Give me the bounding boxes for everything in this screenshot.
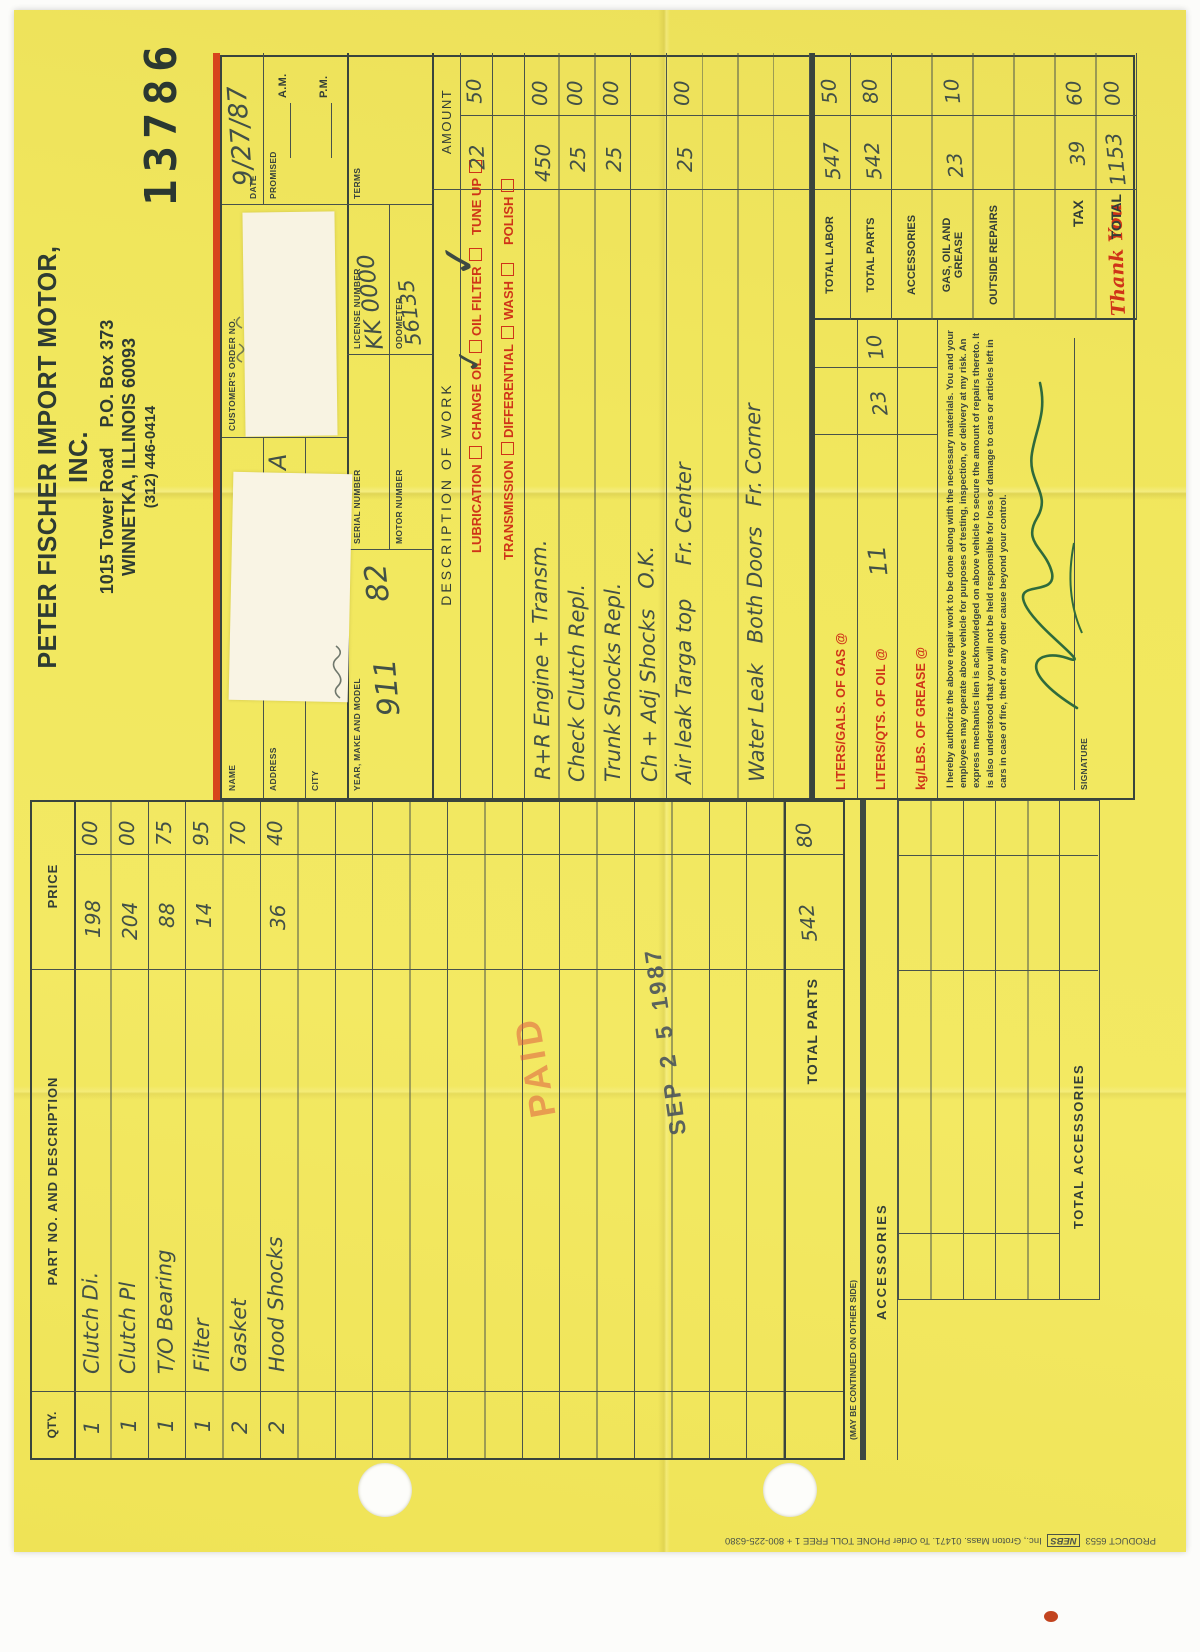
svc-tune-up: TUNE UP <box>469 160 484 235</box>
part-price-d: 204 <box>118 902 142 940</box>
part-desc: Gasket <box>227 1299 251 1372</box>
part-qty: 1 <box>80 1421 104 1434</box>
nebs-logo: NEBS <box>1047 1534 1079 1547</box>
work-line-desc: Water Leak Both Doors Fr. Corner <box>741 403 769 782</box>
date-handwriting: 9/27/87 <box>223 85 260 187</box>
continued-note: (MAY BE CONTINUED ON OTHER SIDE) <box>848 1280 858 1440</box>
vendor-credit-text: Inc., Groton Mass. 01471. To Order PHONE… <box>725 1535 1042 1546</box>
part-qty: 2 <box>228 1421 252 1434</box>
work-line-amount-c: 00 <box>528 81 552 106</box>
total-labor-label: TOTAL LABOR <box>824 192 836 318</box>
letterhead: PETER FISCHER IMPORT MOTOR, INC. 1015 To… <box>32 212 159 702</box>
oil-label: LITERS/QTS. OF OIL @ <box>874 648 888 790</box>
part-price-c: 00 <box>78 821 102 846</box>
oil-qty-handwriting: 11 <box>862 544 893 577</box>
part-price-c: 70 <box>226 821 250 846</box>
part-qty: 1 <box>154 1419 178 1432</box>
part-price-c: 95 <box>189 821 213 846</box>
work-line-amount-d: 25 <box>566 147 590 172</box>
work-title: DESCRIPTION OF WORK <box>438 190 454 798</box>
grease-label: kg/LBS. OF GREASE @ <box>914 647 928 790</box>
outside-repairs-label: OUTSIDE REPAIRS <box>988 192 1000 318</box>
company-name: PETER FISCHER IMPORT MOTOR, INC. <box>32 222 94 692</box>
parts-total-c: 80 <box>791 821 818 849</box>
handwriting-peek-city <box>330 632 346 702</box>
tax-label: TAX <box>1072 200 1084 318</box>
svc-transmission: TRANSMISSION <box>501 442 516 560</box>
punch-hole <box>358 1463 412 1517</box>
work-line-desc: Trunk Shocks Repl. <box>601 583 625 782</box>
part-qty: 1 <box>191 1419 215 1432</box>
gas-label: LITERS/GALS. OF GAS @ <box>834 633 848 790</box>
total-parts-c: 80 <box>857 78 883 105</box>
accessories-band: ACCESSORIES <box>866 800 898 1460</box>
work-line-desc: Ch + Adj Shocks O.K. <box>634 546 662 782</box>
company-city: WINNETKA, ILLINOIS 60093 <box>119 212 140 702</box>
differential-checkbox <box>501 326 514 339</box>
promised-label: PROMISED <box>268 151 278 199</box>
terms-label: TERMS <box>352 168 362 199</box>
accessories-total-label: ACCESSORIES <box>906 192 918 318</box>
city-label: CITY <box>310 770 320 791</box>
total-labor-d: 547 <box>819 141 846 181</box>
svc-differential: DIFFERENTIAL <box>501 326 516 438</box>
qty-header: QTY. <box>45 1392 59 1458</box>
product-number: PRODUCT 6553 <box>1085 1535 1156 1546</box>
handwriting-peek-order <box>230 278 246 368</box>
grand-total-label: TOTAL <box>1110 194 1122 278</box>
gas-oil-grease-label: GAS, OIL AND GREASE <box>941 200 965 310</box>
parts-total-d: 542 <box>794 903 822 943</box>
red-top-rule <box>213 53 220 800</box>
part-qty: 2 <box>265 1421 289 1434</box>
lubrication-checkbox <box>469 446 482 459</box>
year-handwriting: 82 <box>358 562 397 604</box>
svc-wash: WASH <box>501 263 516 320</box>
price-header: PRICE <box>45 802 60 970</box>
accessories-header: ACCESSORIES <box>874 1203 889 1320</box>
part-qty: 1 <box>117 1419 141 1432</box>
work-line-amount-d: 25 <box>602 147 626 172</box>
company-phone: (312) 446-0414 <box>142 212 159 702</box>
part-price-d: 14 <box>192 903 216 928</box>
work-line-amount-c: 00 <box>670 81 694 106</box>
part-desc: Clutch Pl <box>116 1282 140 1374</box>
transmission-checkbox <box>501 442 514 455</box>
work-line-desc: R+R Engine + Transm. <box>527 539 555 780</box>
company-address: 1015 Tower Road P.O. Box 373 <box>97 212 118 702</box>
work-line-desc: Check Clutch Repl. <box>565 584 589 782</box>
invoice-number: 13786 <box>136 39 187 206</box>
total-labor-c: 50 <box>816 78 842 105</box>
checkmark-oil-filter: ✓ <box>432 239 487 281</box>
work-line-desc: Air leak Targa top Fr. Center <box>672 462 696 784</box>
invoice-paper: PRODUCT 6553 NEBS Inc., Groton Mass. 014… <box>14 10 1186 1552</box>
part-desc: T/O Bearing <box>152 1249 178 1374</box>
work-line-amount-c: 00 <box>563 81 587 106</box>
name-label: NAME <box>227 765 237 791</box>
am-label: A.M. <box>277 74 289 98</box>
part-price-c: 40 <box>263 821 287 846</box>
total-parts-d: 542 <box>859 141 886 181</box>
part-desc: Clutch Di. <box>78 1272 104 1375</box>
scan-artifact-dot <box>1044 1611 1058 1622</box>
svc-polish: POLISH <box>501 179 516 245</box>
part-price-d: 88 <box>155 903 179 928</box>
work-order-panel: NAME ADDRESS CITY CUSTOMER'S ORDER NO. D… <box>220 55 1135 800</box>
total-parts-label: TOTAL PARTS <box>865 192 877 318</box>
oil-amount-dollars: 23 <box>865 389 892 418</box>
signature-handwriting <box>982 358 1092 728</box>
checkmark-change-oil: ✓ <box>448 345 489 377</box>
part-price-c: 75 <box>152 821 176 846</box>
accessories-table <box>898 800 1060 1300</box>
part-price-d: 36 <box>266 905 290 930</box>
part-price-c: 00 <box>115 821 139 846</box>
work-line-amount-d: 25 <box>673 147 697 172</box>
scanned-invoice-screenshot: PRODUCT 6553 NEBS Inc., Groton Mass. 014… <box>0 0 1200 1652</box>
gas-oil-grease-c: 10 <box>939 77 966 105</box>
pm-label: P.M. <box>318 76 330 98</box>
signature-label: SIGNATURE <box>1079 738 1089 790</box>
tax-c: 60 <box>1061 80 1087 107</box>
svc1-amount-dollars: 22 <box>464 144 489 171</box>
total-accessories-label: TOTAL ACCESSORIES <box>1071 1064 1086 1229</box>
ymm-handwriting: 911 <box>368 657 408 717</box>
gas-oil-grease-d: 23 <box>942 151 969 179</box>
total-accessories-row: TOTAL ACCESSORIES <box>1060 800 1100 1300</box>
parts-table: QTY. PART NO. AND DESCRIPTION PRICE 1 Cl… <box>30 800 845 1460</box>
parts-desc-header: PART NO. AND DESCRIPTION <box>45 970 60 1392</box>
punch-hole <box>763 1463 817 1517</box>
grand-total-c: 00 <box>1099 79 1126 107</box>
part-price-d: 198 <box>81 900 105 938</box>
wash-checkbox <box>501 263 514 276</box>
work-line-amount-c: 00 <box>599 81 623 106</box>
whiteout-order-block <box>242 211 337 436</box>
oil-amount-cents: 10 <box>861 333 888 362</box>
form-vendor-credit: PRODUCT 6553 NEBS Inc., Groton Mass. 014… <box>716 1535 1156 1546</box>
polish-checkbox <box>501 179 514 192</box>
address-label: ADDRESS <box>268 747 278 791</box>
svc-lubrication: LUBRICATION <box>469 446 484 553</box>
amount-header: AMOUNT <box>439 53 454 190</box>
work-line-amount-d: 450 <box>531 144 555 182</box>
part-desc: Filter <box>190 1318 214 1372</box>
part-desc: Hood Shocks <box>263 1236 289 1372</box>
serial-label: SERIAL NUMBER <box>352 469 362 544</box>
rotated-sheet: PRODUCT 6553 NEBS Inc., Groton Mass. 014… <box>0 0 1200 1652</box>
ymm-label: YEAR, MAKE AND MODEL <box>352 678 362 791</box>
parts-total-label: TOTAL PARTS <box>804 978 820 1158</box>
svc1-amount-cents: 50 <box>461 78 486 105</box>
tax-d: 39 <box>1064 140 1090 167</box>
address-mark-handwriting: A <box>264 454 292 470</box>
motor-label: MOTOR NUMBER <box>394 469 404 544</box>
